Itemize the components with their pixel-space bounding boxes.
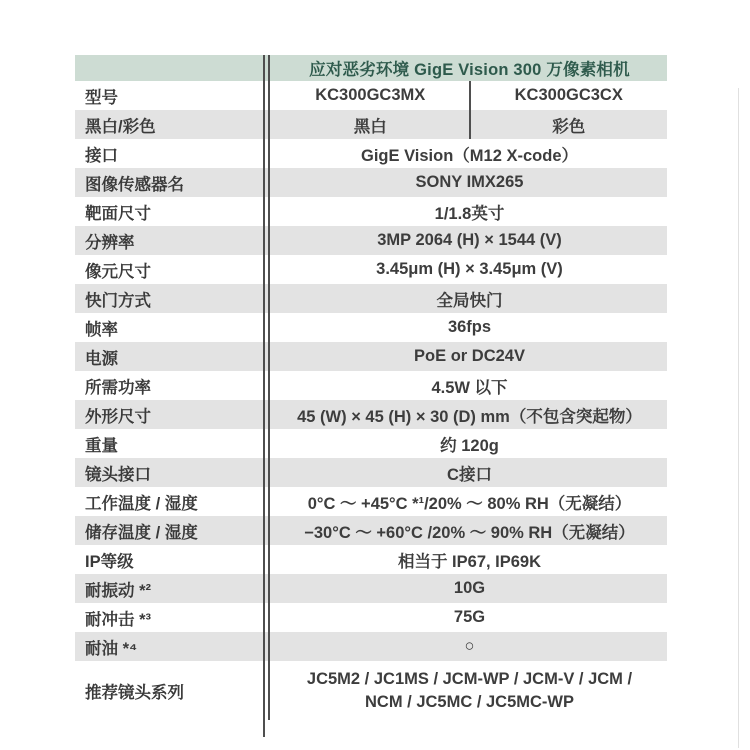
model-color-cell: KC300GC3CX (471, 81, 668, 110)
row-label: IP等级 (75, 545, 272, 574)
row-label: 接口 (75, 139, 272, 168)
table-row-shock: 耐冲击 *³ 75G (75, 603, 667, 632)
row-label: 像元尺寸 (75, 255, 272, 284)
row-value: 约 120g (272, 429, 667, 458)
row-label: 电源 (75, 342, 272, 371)
row-label: 推荐镜头系列 (75, 661, 272, 721)
table-row-operating-temp: 工作温度 / 湿度 0°C ～ +45°C *¹/20% ～ 80% RH（无凝… (75, 487, 667, 516)
row-label: 重量 (75, 429, 272, 458)
table-row-power-consumption: 所需功率 4.5W 以下 (75, 371, 667, 400)
camera-spec-table: 应对恶劣环境 GigE Vision 300 万像素相机 型号 KC300GC3… (75, 55, 667, 721)
row-value: PoE or DC24V (272, 342, 667, 371)
row-label: 储存温度 / 湿度 (75, 516, 272, 545)
header-label-spacer (75, 55, 272, 81)
table-row-framerate: 帧率 36fps (75, 313, 667, 342)
row-label: 耐油 *⁴ (75, 632, 272, 661)
row-value: 4.5W 以下 (272, 371, 667, 400)
row-label: 型号 (75, 81, 272, 110)
table-row-power: 电源 PoE or DC24V (75, 342, 667, 371)
table-body: 型号 KC300GC3MX KC300GC3CX 黑白/彩色 黑白 彩色 接口 … (75, 81, 667, 721)
table-row-pixel-size: 像元尺寸 3.45μm (H) × 3.45μm (V) (75, 255, 667, 284)
row-value: SONY IMX265 (272, 168, 667, 197)
row-value: 全局快门 (272, 284, 667, 313)
row-label: 镜头接口 (75, 458, 272, 487)
table-row-storage-temp: 储存温度 / 湿度 −30°C ～ +60°C /20% ～ 90% RH（无凝… (75, 516, 667, 545)
table-row-interface: 接口 GigE Vision（M12 X-code） (75, 139, 667, 168)
table-row-lens-mount: 镜头接口 C接口 (75, 458, 667, 487)
table-row-sensor: 图像传感器名 SONY IMX265 (75, 168, 667, 197)
row-value-split: 黑白 彩色 (272, 110, 667, 139)
row-value: 1/1.8英寸 (272, 197, 667, 226)
row-label: 帧率 (75, 313, 272, 342)
row-label: 耐冲击 *³ (75, 603, 272, 632)
table-title: 应对恶劣环境 GigE Vision 300 万像素相机 (272, 55, 667, 81)
row-value: 0°C ～ +45°C *¹/20% ～ 80% RH（无凝结） (272, 487, 667, 516)
datasheet-page: { "colors": { "header_bg": "#cddcd3", "h… (0, 0, 750, 750)
row-label: 所需功率 (75, 371, 272, 400)
table-row-resolution: 分辨率 3MP 2064 (H) × 1544 (V) (75, 226, 667, 255)
column-divider-line-left (263, 55, 265, 737)
row-value: JC5M2 / JC1MS / JCM-WP / JCM-V / JCM / N… (272, 661, 667, 721)
row-value-split: KC300GC3MX KC300GC3CX (272, 81, 667, 110)
row-label: 耐振动 *² (75, 574, 272, 603)
table-row-sensor-size: 靶面尺寸 1/1.8英寸 (75, 197, 667, 226)
row-value: C接口 (272, 458, 667, 487)
row-value: 相当于 IP67, IP69K (272, 545, 667, 574)
row-value: 36fps (272, 313, 667, 342)
row-value: 3MP 2064 (H) × 1544 (V) (272, 226, 667, 255)
row-label: 快门方式 (75, 284, 272, 313)
model-mono-cell: KC300GC3MX (272, 81, 471, 110)
page-edge-line (738, 88, 739, 748)
table-row-shutter: 快门方式 全局快门 (75, 284, 667, 313)
row-value: 10G (272, 574, 667, 603)
table-row-mono-color: 黑白/彩色 黑白 彩色 (75, 110, 667, 139)
table-row-weight: 重量 约 120g (75, 429, 667, 458)
row-value: 45 (W) × 45 (H) × 30 (D) mm（不包含突起物） (272, 400, 667, 429)
row-value: GigE Vision（M12 X-code） (272, 139, 667, 168)
table-row-recommended-lenses: 推荐镜头系列 JC5M2 / JC1MS / JCM-WP / JCM-V / … (75, 661, 667, 721)
mono-cell: 黑白 (272, 110, 471, 139)
table-row-oil-resistance: 耐油 *⁴ ○ (75, 632, 667, 661)
row-label: 工作温度 / 湿度 (75, 487, 272, 516)
table-row-model: 型号 KC300GC3MX KC300GC3CX (75, 81, 667, 110)
lens-series-text: JC5M2 / JC1MS / JCM-WP / JCM-V / JCM / N… (297, 668, 642, 715)
table-header-row: 应对恶劣环境 GigE Vision 300 万像素相机 (75, 55, 667, 81)
table-row-dimensions: 外形尺寸 45 (W) × 45 (H) × 30 (D) mm（不包含突起物） (75, 400, 667, 429)
row-label: 靶面尺寸 (75, 197, 272, 226)
row-label: 外形尺寸 (75, 400, 272, 429)
row-label: 图像传感器名 (75, 168, 272, 197)
row-value: 75G (272, 603, 667, 632)
row-value: ○ (272, 632, 667, 661)
color-cell: 彩色 (471, 110, 668, 139)
row-value: −30°C ～ +60°C /20% ～ 90% RH（无凝结） (272, 516, 667, 545)
row-label: 分辨率 (75, 226, 272, 255)
row-label: 黑白/彩色 (75, 110, 272, 139)
table-row-ip-rating: IP等级 相当于 IP67, IP69K (75, 545, 667, 574)
row-value: 3.45μm (H) × 3.45μm (V) (272, 255, 667, 284)
column-divider-line-right (268, 55, 270, 720)
table-row-vibration: 耐振动 *² 10G (75, 574, 667, 603)
